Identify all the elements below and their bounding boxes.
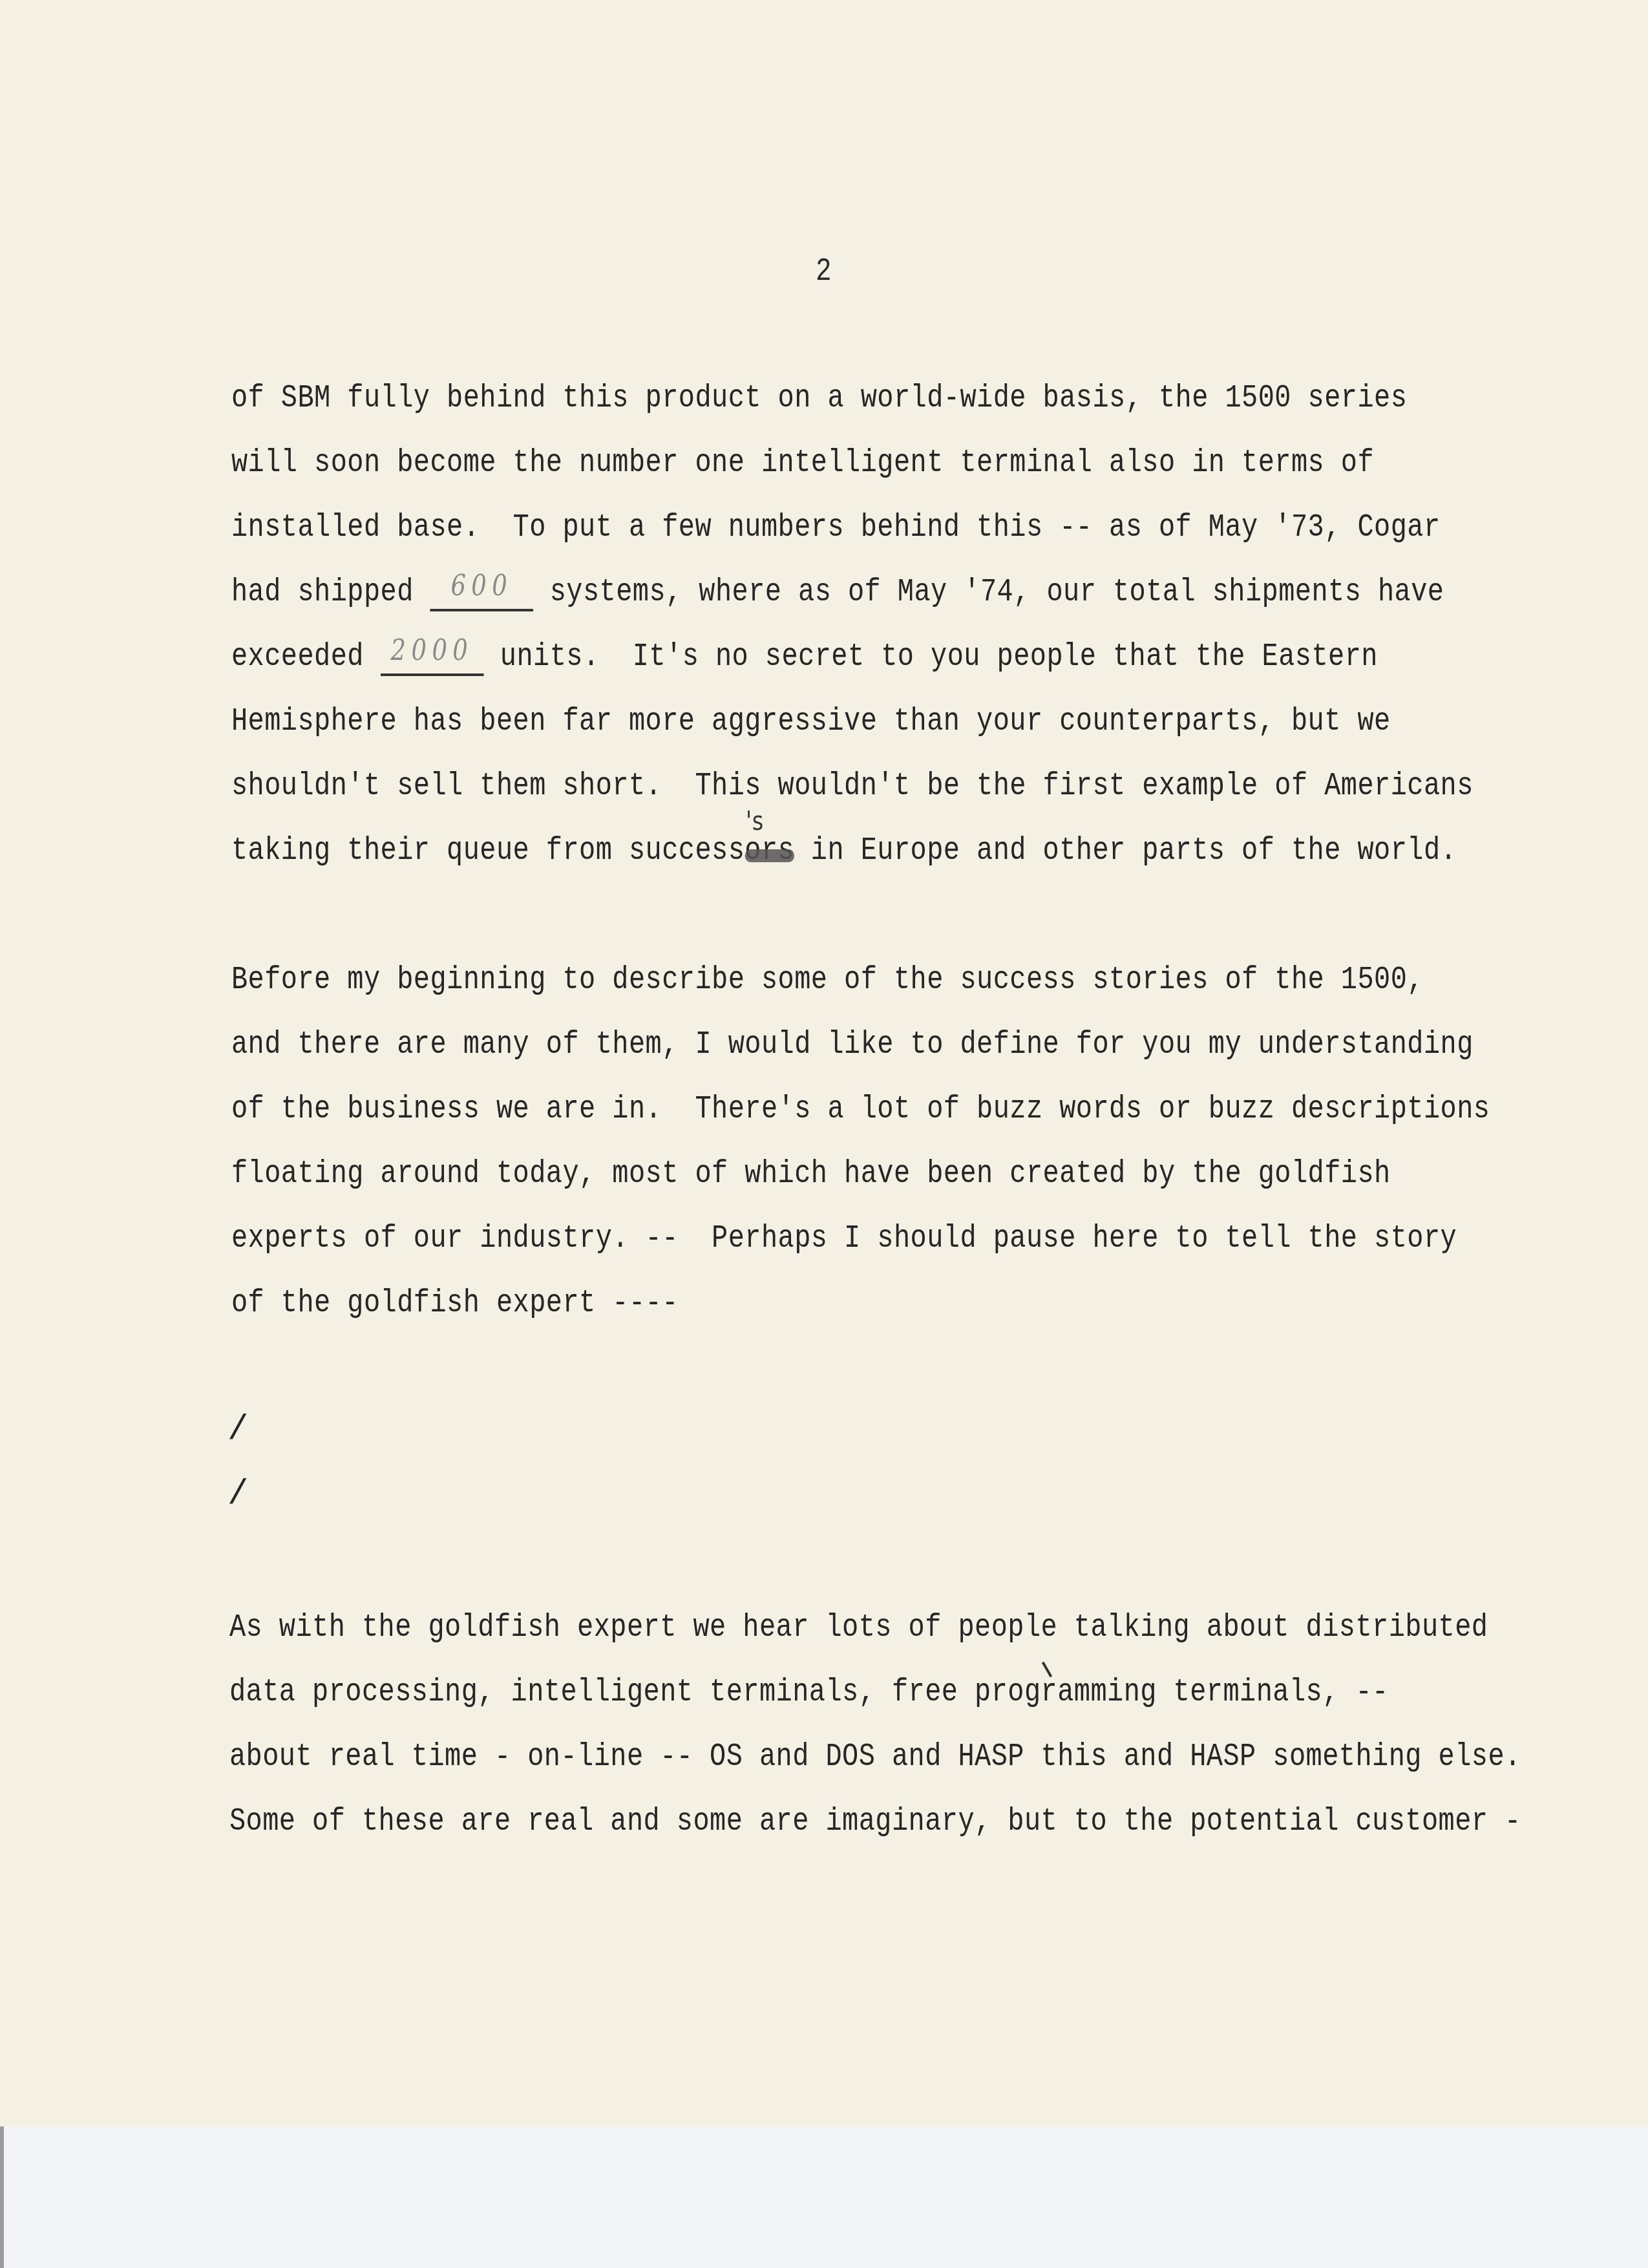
- handwritten-number: 600: [450, 569, 512, 602]
- text-line: and there are many of them, I would like…: [231, 1026, 1474, 1063]
- text-line: Some of these are real and some are imag…: [229, 1803, 1521, 1840]
- handwritten-correction: ors's: [745, 832, 794, 869]
- text-line: data processing, intelligent terminals, …: [229, 1674, 1389, 1711]
- text-line: about real time - on-line -- OS and DOS …: [229, 1739, 1521, 1775]
- handwritten-number: 2000: [391, 634, 474, 667]
- text-fragment: exceeded: [231, 639, 381, 675]
- text-fragment: taking their queue from success: [231, 832, 745, 869]
- page-number: 2: [816, 253, 832, 290]
- text-fragment: in Europe and other parts of the world.: [794, 832, 1457, 869]
- text-line: of the goldfish expert ----: [231, 1285, 679, 1322]
- text-line: of SBM fully behind this product on a wo…: [231, 380, 1407, 417]
- handwritten-blank-2000: 2000: [381, 641, 484, 676]
- handwritten-blank-600: 600: [430, 577, 533, 611]
- text-line: Hemisphere has been far more aggressive …: [231, 703, 1391, 740]
- text-line: exceeded 2000 units. It's no secret to y…: [231, 639, 1378, 676]
- text-line: experts of our industry. -- Perhaps I sh…: [231, 1220, 1457, 1257]
- text-line: installed base. To put a few numbers beh…: [231, 509, 1441, 546]
- slash-mark: /: [227, 1475, 248, 1514]
- strikethrough-mark: [745, 849, 794, 862]
- slash-mark: /: [227, 1410, 248, 1450]
- text-line: had shipped 600 systems, where as of May…: [231, 574, 1444, 611]
- text-fragment: systems, where as of May '74, our total …: [533, 574, 1444, 611]
- text-line: shouldn't sell them short. This wouldn't…: [231, 768, 1474, 805]
- scanner-edge: [0, 2126, 4, 2268]
- text-fragment: units. It's no secret to you people that…: [483, 639, 1378, 675]
- text-fragment: had shipped: [231, 574, 430, 611]
- text-line: will soon become the number one intellig…: [231, 445, 1374, 482]
- text-line: As with the goldfish expert we hear lots…: [229, 1609, 1488, 1646]
- text-line: Before my beginning to describe some of …: [231, 962, 1424, 999]
- text-line: floating around today, most of which hav…: [231, 1156, 1391, 1192]
- scanner-background: [0, 2126, 1648, 2268]
- inserted-text: 's: [746, 807, 764, 836]
- paper-page: 2 of SBM fully behind this product on a …: [0, 0, 1648, 2126]
- text-line: of the business we are in. There's a lot…: [231, 1091, 1490, 1128]
- text-line: taking their queue from successors's in …: [231, 832, 1457, 869]
